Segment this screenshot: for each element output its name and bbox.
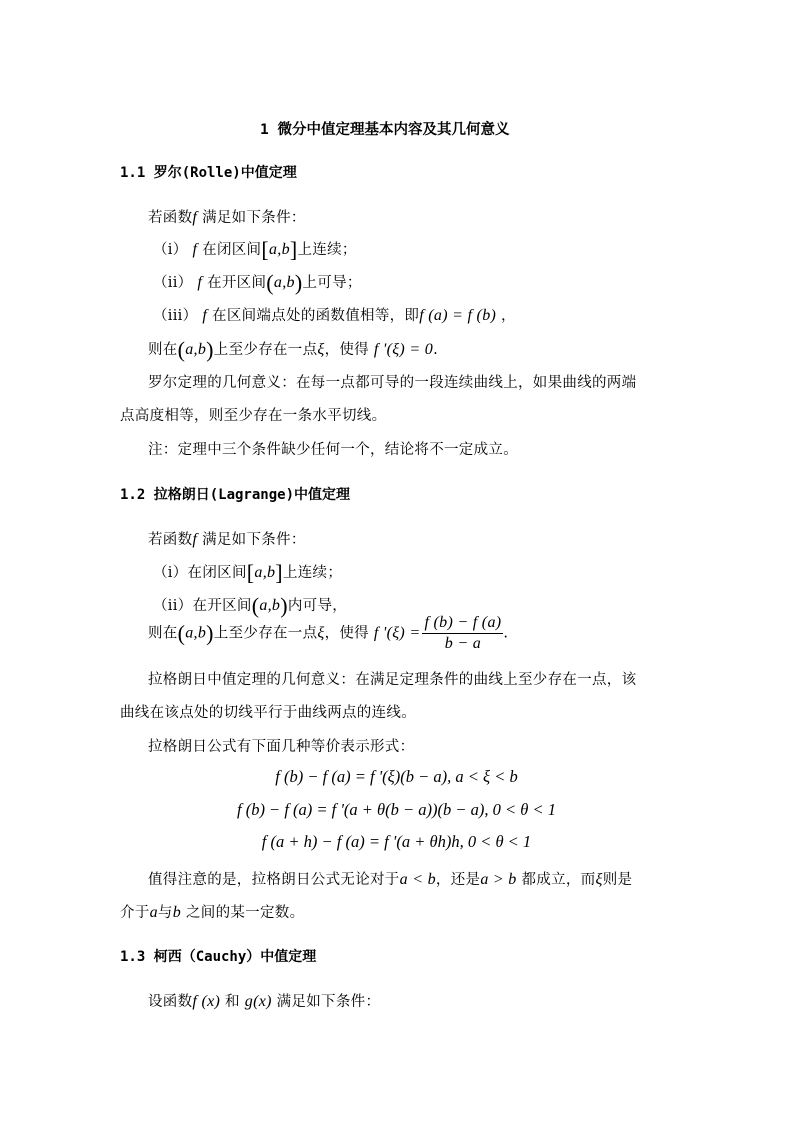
lagrange-geometry-line2: 曲线在该点处的切线平行于曲线两点的连线。	[120, 701, 416, 722]
equation-3: f (a + h) − f (a) = f '(a + θh)h, 0 < θ …	[0, 832, 793, 852]
rolle-geometry-line1: 罗尔定理的几何意义：在每一点都可导的一段连续曲线上，如果曲线的两端	[148, 371, 636, 392]
lagrange-remark-line2: 介于a与b 之间的某一定数。	[120, 901, 304, 922]
lagrange-condition-1: （i）在闭区间[a,b]上连续；	[153, 560, 342, 586]
lagrange-conclusion: 则在(a,b)上至少存在一点ξ，使得 f '(ξ) =f (b) − f (a)…	[148, 614, 508, 653]
rolle-condition-3: （iii） f 在区间端点处的函数值相等，即f (a) = f (b) ，	[153, 304, 516, 325]
section-heading-cauchy: 1.3 柯西（Cauchy）中值定理	[120, 946, 316, 966]
equation-1: f (b) − f (a) = f '(ξ)(b − a), a < ξ < b	[0, 767, 793, 787]
math-formula: f '(ξ) = 0	[374, 341, 433, 358]
chapter-title: 1 微分中值定理基本内容及其几何意义	[260, 118, 509, 139]
lagrange-intro: 若函数f 满足如下条件：	[148, 528, 306, 549]
lagrange-remark-line1: 值得注意的是，拉格朗日公式无论对于a < b，还是a > b 都成立，而ξ则是	[148, 868, 632, 889]
section-heading-lagrange: 1.2 拉格朗日(Lagrange)中值定理	[120, 484, 350, 504]
rolle-condition-2: （ii） f 在开区间(a,b)上可导；	[153, 270, 362, 296]
rolle-intro: 若函数f 满足如下条件：	[148, 206, 306, 227]
lagrange-geometry-line1: 拉格朗日中值定理的几何意义：在满足定理条件的曲线上至少存在一点，该	[148, 668, 636, 689]
fraction: f (b) − f (a)b − a	[422, 614, 503, 653]
lagrange-forms-intro: 拉格朗日公式有下面几种等价表示形式：	[148, 735, 414, 756]
rolle-condition-1: （i） f 在闭区间[a,b]上连续；	[153, 237, 357, 263]
math-formula: f (a) = f (b)	[419, 307, 496, 324]
equation-2: f (b) − f (a) = f '(a + θ(b − a))(b − a)…	[0, 800, 793, 820]
math-var: f	[192, 209, 197, 226]
rolle-geometry-line2: 点高度相等，则至少存在一条水平切线。	[120, 404, 386, 425]
rolle-note: 注：定理中三个条件缺少任何一个，结论将不一定成立。	[148, 438, 518, 459]
document-page: 1 微分中值定理基本内容及其几何意义 1.1 罗尔(Rolle)中值定理 若函数…	[0, 0, 793, 1122]
section-heading-rolle: 1.1 罗尔(Rolle)中值定理	[120, 162, 297, 182]
cauchy-intro: 设函数f (x) 和 g(x) 满足如下条件：	[148, 990, 380, 1011]
rolle-conclusion: 则在(a,b)上至少存在一点ξ，使得 f '(ξ) = 0.	[148, 337, 438, 363]
